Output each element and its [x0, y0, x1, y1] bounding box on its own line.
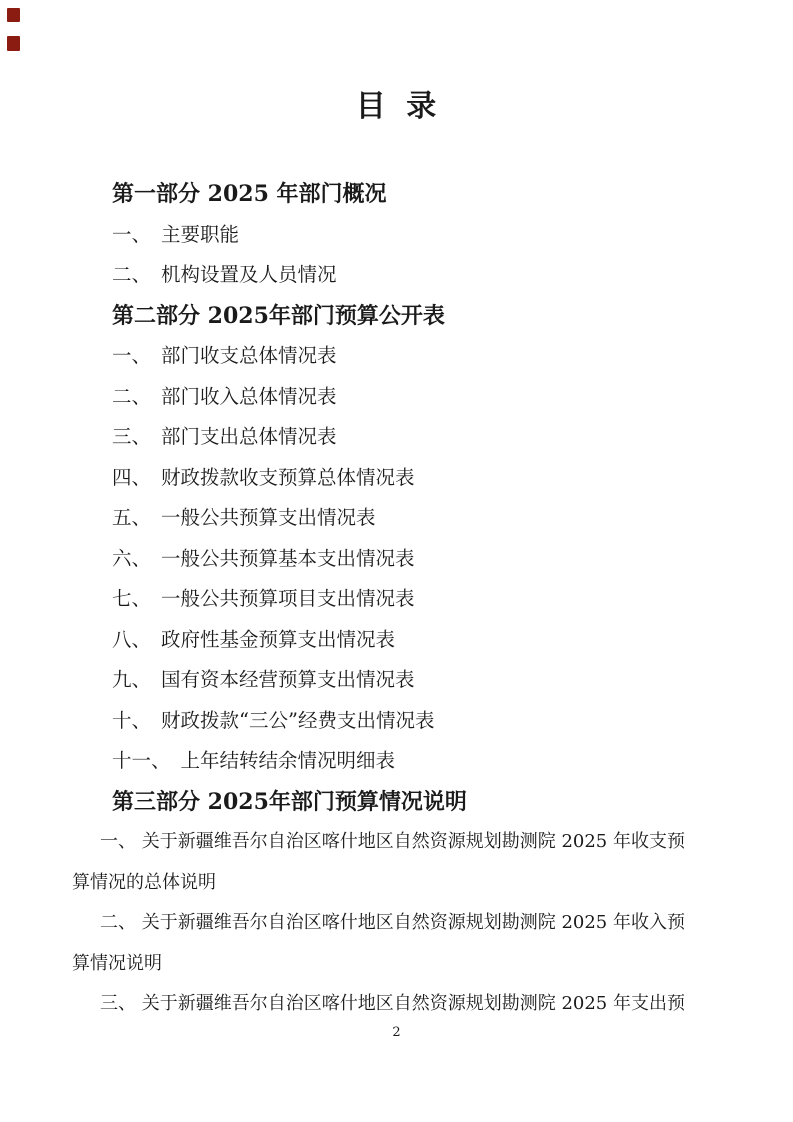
toc-entry: 四、财政拨款收支预算总体情况表 — [72, 458, 696, 499]
toc-entry: 三、部门支出总体情况表 — [72, 417, 696, 458]
toc-entry: 算情况说明 — [72, 944, 696, 985]
toc-entry-text: 一般公共预算项目支出情况表 — [161, 587, 415, 610]
toc-entry-text: 一般公共预算基本支出情况表 — [161, 547, 415, 570]
toc-entry: 算情况的总体说明 — [72, 863, 696, 904]
toc-entry-number: 九、 — [112, 668, 151, 691]
toc-section-header: 第二部分 2025年部门预算公开表 — [72, 296, 696, 337]
toc-entry: 八、政府性基金预算支出情况表 — [72, 620, 696, 661]
toc-entry-number: 二、 — [112, 385, 151, 408]
toc-entry: 一、主要职能 — [72, 215, 696, 256]
toc-entry-number: 十一、 — [112, 749, 171, 772]
toc-entry: 一、部门收支总体情况表 — [72, 336, 696, 377]
table-of-contents: 第一部分 2025 年部门概况一、主要职能二、机构设置及人员情况第二部分 202… — [72, 174, 696, 1025]
toc-entry: 七、一般公共预算项目支出情况表 — [72, 579, 696, 620]
toc-section-header: 第一部分 2025 年部门概况 — [72, 174, 696, 215]
page-number: 2 — [0, 1023, 793, 1043]
toc-entry-text: 部门收入总体情况表 — [161, 385, 337, 408]
toc-entry-number: 一、 — [112, 223, 151, 246]
toc-entry: 二、部门收入总体情况表 — [72, 377, 696, 418]
document-page: 目 录 第一部分 2025 年部门概况一、主要职能二、机构设置及人员情况第二部分… — [0, 0, 793, 1122]
toc-entry-text: 财政拨款“三公”经费支出情况表 — [161, 709, 434, 732]
toc-entry-text: 主要职能 — [161, 223, 239, 246]
toc-entry: 十一、上年结转结余情况明细表 — [72, 741, 696, 782]
toc-entry-number: 三、 — [112, 425, 151, 448]
toc-entry-text: 财政拨款收支预算总体情况表 — [161, 466, 415, 489]
toc-entry-text: 上年结转结余情况明细表 — [181, 749, 396, 772]
toc-entry-number: 二、 — [112, 263, 151, 286]
toc-entry: 六、一般公共预算基本支出情况表 — [72, 539, 696, 580]
page-title: 目 录 — [0, 81, 793, 125]
toc-entry: 五、一般公共预算支出情况表 — [72, 498, 696, 539]
toc-entry-text: 政府性基金预算支出情况表 — [161, 628, 395, 651]
toc-entry: 一、 关于新疆维吾尔自治区喀什地区自然资源规划勘测院 2025 年收支预 — [72, 822, 696, 863]
toc-entry: 十、财政拨款“三公”经费支出情况表 — [72, 701, 696, 742]
toc-entry: 三、 关于新疆维吾尔自治区喀什地区自然资源规划勘测院 2025 年支出预 — [72, 984, 696, 1025]
toc-entry-number: 八、 — [112, 628, 151, 651]
toc-entry: 二、 关于新疆维吾尔自治区喀什地区自然资源规划勘测院 2025 年收入预 — [72, 903, 696, 944]
toc-section-header: 第三部分 2025年部门预算情况说明 — [72, 782, 696, 823]
toc-entry: 九、国有资本经营预算支出情况表 — [72, 660, 696, 701]
toc-entry-number: 七、 — [112, 587, 151, 610]
toc-entry-text: 一般公共预算支出情况表 — [161, 506, 376, 529]
toc-entry-number: 四、 — [112, 466, 151, 489]
toc-entry-number: 十、 — [112, 709, 151, 732]
toc-entry-text: 部门支出总体情况表 — [161, 425, 337, 448]
toc-entry-text: 机构设置及人员情况 — [161, 263, 337, 286]
toc-entry-number: 一、 — [112, 344, 151, 367]
toc-entry-number: 五、 — [112, 506, 151, 529]
toc-entry: 二、机构设置及人员情况 — [72, 255, 696, 296]
toc-entry-text: 部门收支总体情况表 — [161, 344, 337, 367]
red-stamp-mark-bottom — [7, 36, 20, 51]
toc-entry-text: 国有资本经营预算支出情况表 — [161, 668, 415, 691]
toc-entry-number: 六、 — [112, 547, 151, 570]
red-stamp-mark-top — [7, 8, 20, 22]
